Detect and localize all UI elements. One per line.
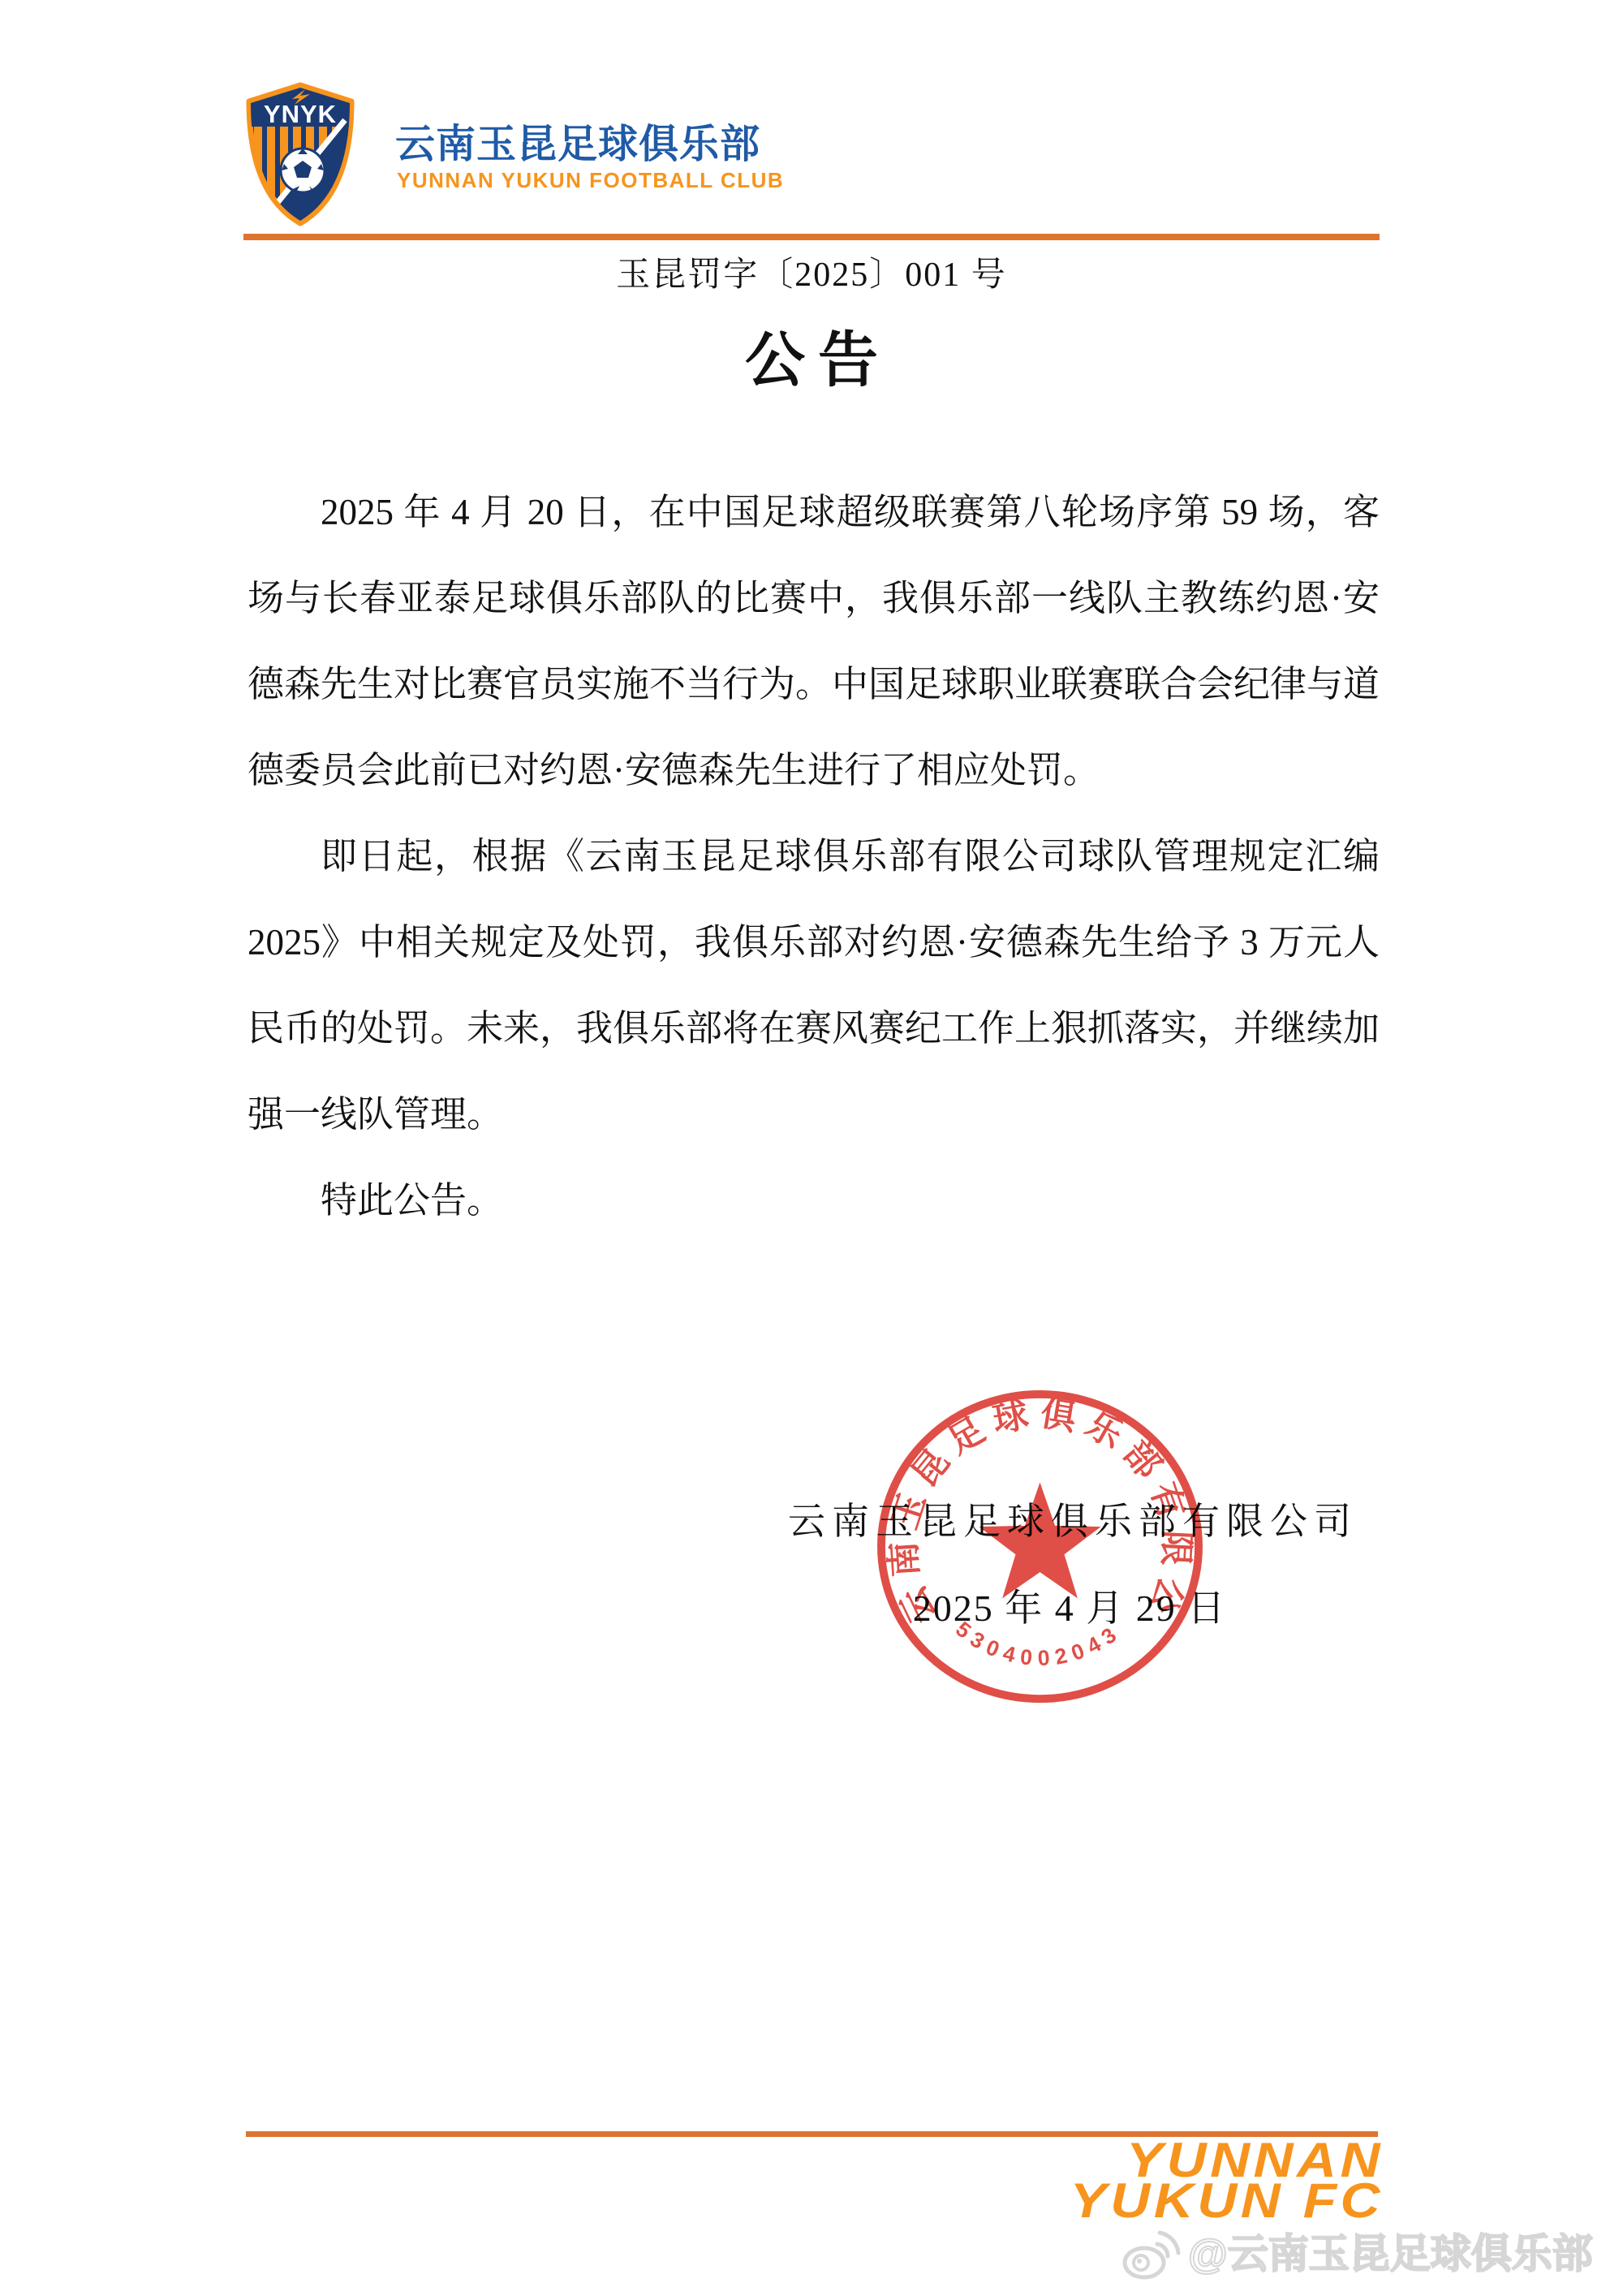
paragraph-2: 即日起，根据《云南玉昆足球俱乐部有限公司球队管理规定汇编 2025》中相关规定及…	[248, 813, 1380, 1157]
footer-wordmark: YUNNAN YUKUN FC	[1070, 2140, 1384, 2221]
weibo-icon	[1118, 2225, 1183, 2282]
document-number: 玉昆罚字〔2025〕001 号	[0, 255, 1623, 295]
announcement-page: YNYK 云南玉昆足球俱乐部 YUNNAN YUKUN FOOTBALL CLU…	[0, 0, 1623, 2296]
header-rule	[243, 234, 1380, 240]
club-name-en: YUNNAN YUKUN FOOTBALL CLUB	[397, 168, 784, 192]
club-name-zh: 云南玉昆足球俱乐部	[395, 122, 760, 167]
weibo-watermark: @云南玉昆足球俱乐部	[1118, 2225, 1593, 2282]
paragraph-3: 特此公告。	[248, 1157, 1380, 1243]
wordmark-line2: YUKUN FC	[1070, 2181, 1384, 2221]
seal-star-icon	[979, 1483, 1100, 1599]
watermark-handle: @云南玉昆足球俱乐部	[1188, 2225, 1593, 2282]
document-body: 2025 年 4 月 20 日，在中国足球超级联赛第八轮场序第 59 场，客场与…	[248, 469, 1380, 1243]
official-seal: 云南玉昆足球俱乐部有限公司 5304002043007	[870, 1386, 1211, 1707]
crest-abbr: YNYK	[264, 100, 337, 128]
document-title: 公告	[0, 325, 1623, 398]
club-crest-icon: YNYK	[246, 80, 355, 227]
paragraph-1: 2025 年 4 月 20 日，在中国足球超级联赛第八轮场序第 59 场，客场与…	[248, 469, 1380, 813]
